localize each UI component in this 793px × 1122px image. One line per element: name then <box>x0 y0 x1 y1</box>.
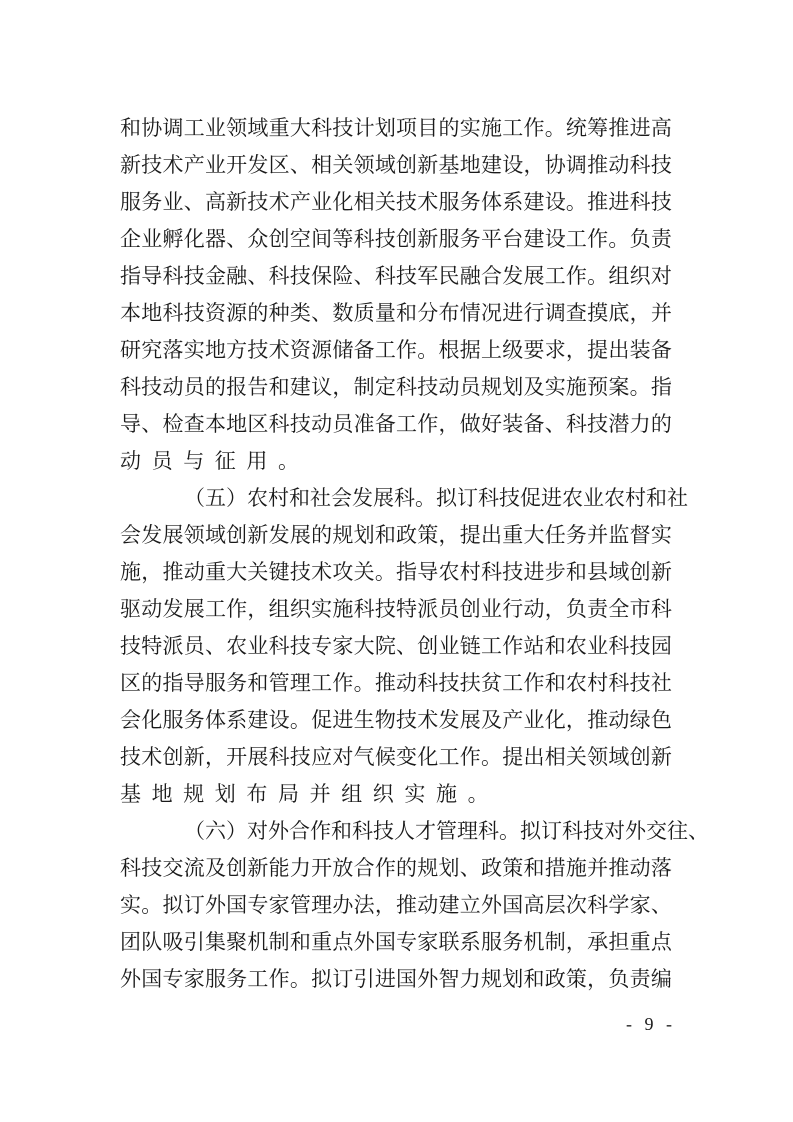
text-line: 科技交流及创新能力开放合作的规划、政策和措施并推动落 <box>120 850 672 887</box>
line-text: 新技术产业开发区、相关领域创新基地建设，协调推动科技 <box>120 147 672 184</box>
text-line: 外国专家服务工作。拟订引进国外智力规划和政策，负责编 <box>120 961 672 998</box>
text-line: 实。拟订外国专家管理办法，推动建立外国高层次科学家、 <box>120 887 672 924</box>
line-text: 本地科技资源的种类、数质量和分布情况进行调查摸底，并 <box>120 295 672 332</box>
text-line: 新技术产业开发区、相关领域创新基地建设，协调推动科技 <box>120 147 672 184</box>
line-text: 技特派员、农业科技专家大院、创业链工作站和农业科技园 <box>120 628 672 665</box>
paragraph-first-line: （六）对外合作和科技人才管理科。拟订科技对外交往、 <box>120 813 672 850</box>
line-text: （六）对外合作和科技人才管理科。拟订科技对外交往、 <box>184 813 709 850</box>
text-line: 会发展领域创新发展的规划和政策，提出重大任务并监督实 <box>120 517 672 554</box>
text-line: 技特派员、农业科技专家大院、创业链工作站和农业科技园 <box>120 628 672 665</box>
line-text: 驱动发展工作，组织实施科技特派员创业行动，负责全市科 <box>120 591 672 628</box>
line-text: 基地规划布局并组织实施。 <box>120 776 499 813</box>
text-line: 指导科技金融、科技保险、科技军民融合发展工作。组织对 <box>120 258 672 295</box>
document-page: 和协调工业领域重大科技计划项目的实施工作。统筹推进高新技术产业开发区、相关领域创… <box>0 0 793 1122</box>
text-line: 科技动员的报告和建议，制定科技动员规划及实施预案。指 <box>120 369 672 406</box>
line-text: 企业孵化器、众创空间等科技创新服务平台建设工作。负责 <box>120 221 672 258</box>
text-line: 企业孵化器、众创空间等科技创新服务平台建设工作。负责 <box>120 221 672 258</box>
line-text: 施，推动重大关键技术攻关。指导农村科技进步和县域创新 <box>120 554 672 591</box>
line-text: 会发展领域创新发展的规划和政策，提出重大任务并监督实 <box>120 517 672 554</box>
paragraph-first-line: （五）农村和社会发展科。拟订科技促进农业农村和社 <box>120 480 672 517</box>
text-line: 和协调工业领域重大科技计划项目的实施工作。统筹推进高 <box>120 110 672 147</box>
text-line: 导、检查本地区科技动员准备工作，做好装备、科技潜力的 <box>120 406 672 443</box>
text-line: 区的指导服务和管理工作。推动科技扶贫工作和农村科技社 <box>120 665 672 702</box>
text-line: 驱动发展工作，组织实施科技特派员创业行动，负责全市科 <box>120 591 672 628</box>
text-line: 会化服务体系建设。促进生物技术发展及产业化，推动绿色 <box>120 702 672 739</box>
text-line: 技术创新，开展科技应对气候变化工作。提出相关领域创新 <box>120 739 672 776</box>
line-text: 团队吸引集聚机制和重点外国专家联系服务机制，承担重点 <box>120 924 672 961</box>
line-text: 指导科技金融、科技保险、科技军民融合发展工作。组织对 <box>120 258 672 295</box>
text-line: 基地规划布局并组织实施。 <box>120 776 672 813</box>
body-text: 和协调工业领域重大科技计划项目的实施工作。统筹推进高新技术产业开发区、相关领域创… <box>120 110 672 998</box>
text-line: 本地科技资源的种类、数质量和分布情况进行调查摸底，并 <box>120 295 672 332</box>
line-text: 外国专家服务工作。拟订引进国外智力规划和政策，负责编 <box>120 961 672 998</box>
line-text: 实。拟订外国专家管理办法，推动建立外国高层次科学家、 <box>120 887 672 924</box>
line-text: 技术创新，开展科技应对气候变化工作。提出相关领域创新 <box>120 739 672 776</box>
line-text: 和协调工业领域重大科技计划项目的实施工作。统筹推进高 <box>120 110 672 147</box>
text-line: 施，推动重大关键技术攻关。指导农村科技进步和县域创新 <box>120 554 672 591</box>
line-text: 服务业、高新技术产业化相关技术服务体系建设。推进科技 <box>120 184 672 221</box>
line-text: 会化服务体系建设。促进生物技术发展及产业化，推动绿色 <box>120 702 672 739</box>
line-text: 研究落实地方技术资源储备工作。根据上级要求，提出装备 <box>120 332 672 369</box>
text-line: 团队吸引集聚机制和重点外国专家联系服务机制，承担重点 <box>120 924 672 961</box>
text-line: 服务业、高新技术产业化相关技术服务体系建设。推进科技 <box>120 184 672 221</box>
text-line: 研究落实地方技术资源储备工作。根据上级要求，提出装备 <box>120 332 672 369</box>
line-text: （五）农村和社会发展科。拟订科技促进农业农村和社 <box>184 480 688 517</box>
page-number: - 9 - <box>626 1014 676 1035</box>
line-text: 科技动员的报告和建议，制定科技动员规划及实施预案。指 <box>120 369 672 406</box>
line-text: 科技交流及创新能力开放合作的规划、政策和措施并推动落 <box>120 850 672 887</box>
line-text: 区的指导服务和管理工作。推动科技扶贫工作和农村科技社 <box>120 665 672 702</box>
line-text: 导、检查本地区科技动员准备工作，做好装备、科技潜力的 <box>120 406 672 443</box>
text-line: 动员与征用。 <box>120 443 672 480</box>
line-text: 动员与征用。 <box>120 443 310 480</box>
